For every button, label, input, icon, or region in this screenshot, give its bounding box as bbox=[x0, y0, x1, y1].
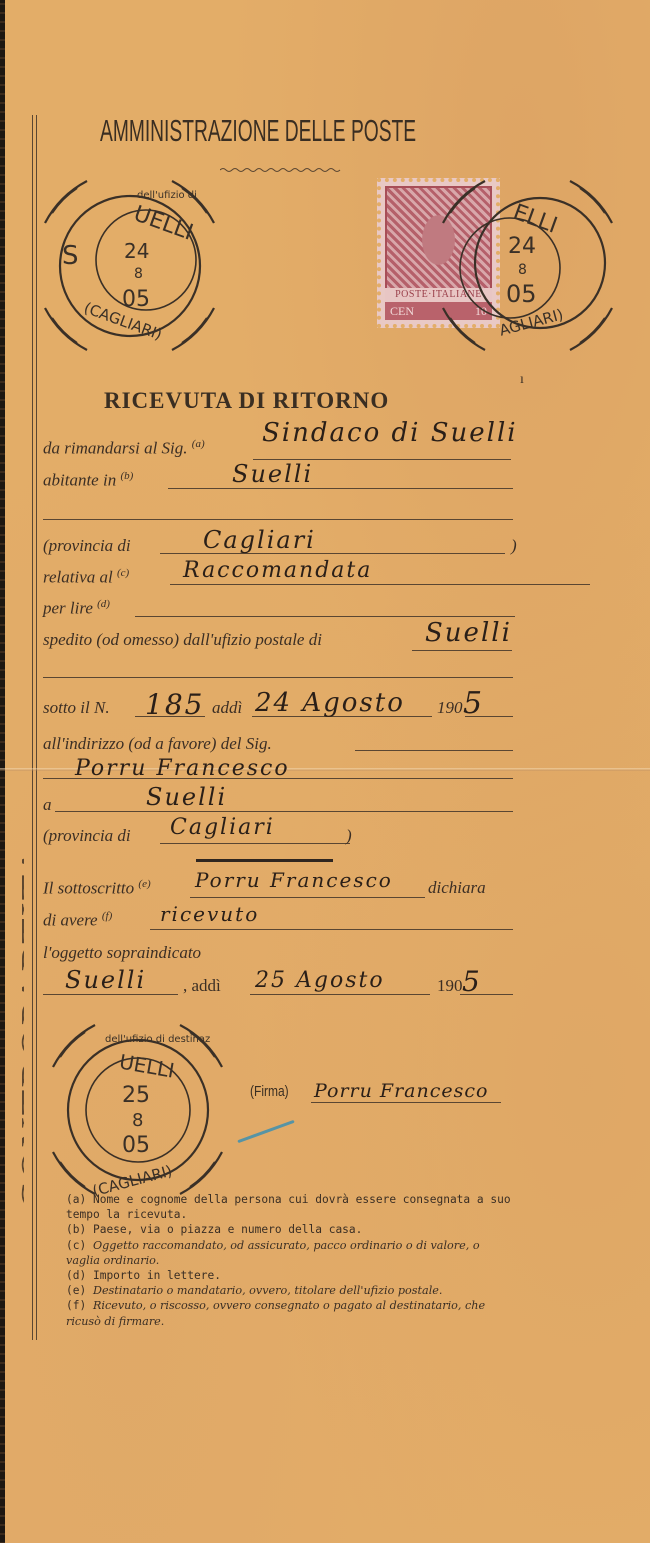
form-label: relativa al (c) bbox=[43, 567, 129, 588]
paren-close: ) bbox=[511, 536, 517, 556]
footnote-a: (a) Nome e cognome della persona cui dov… bbox=[40, 1192, 515, 1222]
svg-text:24: 24 bbox=[508, 234, 536, 259]
postmark-destination: UELLI 25 8 05 (CAGLIARI) dell'ufizio di … bbox=[50, 1022, 230, 1202]
form-label: (provincia di bbox=[43, 536, 131, 556]
form-label: l'oggetto sopraindicato bbox=[43, 943, 201, 963]
footnote-b: (b) Paese, via o piazza e numero della c… bbox=[40, 1222, 515, 1237]
svg-text:05: 05 bbox=[122, 287, 150, 312]
ink-mark: ı bbox=[520, 372, 524, 388]
field-line bbox=[412, 650, 512, 651]
field-province: Cagliari bbox=[203, 526, 316, 554]
postmark-cancel: ELLI 24 8 05 AGLIARI) bbox=[440, 178, 615, 353]
svg-text:25: 25 bbox=[122, 1083, 150, 1108]
paren-close: ) bbox=[346, 826, 352, 846]
svg-text:24: 24 bbox=[124, 239, 149, 263]
footnote-e: (e) Destinatario o mandatario, ovvero, t… bbox=[40, 1283, 515, 1298]
field-line bbox=[150, 929, 513, 930]
field-line bbox=[160, 843, 350, 844]
svg-text:8: 8 bbox=[132, 1110, 143, 1131]
header-title: AMMINISTRAZIONE DELLE POSTE bbox=[100, 113, 329, 149]
footnote-c: (c) Oggetto raccomandato, od assicurato,… bbox=[40, 1238, 515, 1268]
field-destination: Suelli bbox=[146, 783, 227, 811]
field-receipt-date: 25 Agosto bbox=[255, 968, 385, 993]
form-label: , addì bbox=[183, 976, 221, 996]
field-origin-office: Suelli bbox=[425, 618, 512, 648]
field-line bbox=[43, 677, 513, 678]
field-line bbox=[168, 488, 513, 489]
field-line bbox=[460, 994, 513, 995]
section-title: RICEVUTA DI RITORNO bbox=[104, 388, 389, 414]
margin-rule bbox=[36, 115, 37, 1340]
field-dest-province: Cagliari bbox=[170, 815, 275, 840]
field-line bbox=[135, 616, 515, 617]
footnote-d: (d) Importo in lettere. bbox=[40, 1268, 515, 1283]
signature-label: (Firma) bbox=[250, 1083, 289, 1100]
form-label: da rimandarsi al Sig. (a) bbox=[43, 438, 205, 459]
form-label: di avere (f) bbox=[43, 910, 112, 931]
form-label: sotto il N. bbox=[43, 698, 110, 718]
field-action: ricevuto bbox=[160, 902, 259, 926]
form-label: all'indirizzo (od a favore) del Sig. bbox=[43, 734, 272, 754]
form-label: a bbox=[43, 795, 52, 815]
field-residence: Suelli bbox=[232, 460, 313, 488]
form-label: spedito (od omesso) dall'ufizio postale … bbox=[43, 630, 322, 650]
svg-text:8: 8 bbox=[518, 262, 527, 278]
form-label: 190 bbox=[437, 976, 463, 996]
field-line bbox=[55, 811, 513, 812]
field-item-type: Raccomandata bbox=[183, 558, 372, 583]
field-date: 24 Agosto bbox=[255, 688, 405, 718]
svg-text:UELLI: UELLI bbox=[117, 1049, 176, 1082]
form-label: Il sottoscritto (e) bbox=[43, 878, 151, 899]
footnote-f: (f) Ricevuto, o riscosso, ovvero consegn… bbox=[40, 1298, 515, 1328]
section-divider bbox=[196, 859, 333, 862]
margin-rule bbox=[32, 115, 33, 1340]
svg-text:05: 05 bbox=[506, 280, 537, 308]
margin-counterfoil-text: CONTROPARTITA bbox=[2, 110, 24, 1210]
field-line bbox=[170, 584, 590, 585]
form-label: (provincia di bbox=[43, 826, 131, 846]
signature-value: Porru Francesco bbox=[314, 1080, 488, 1102]
field-line bbox=[43, 778, 513, 779]
postmark-departure: S UELLI 24 8 05 (CAGLIARI) dell'ufizio d… bbox=[42, 178, 217, 353]
field-place: Suelli bbox=[65, 966, 146, 994]
svg-text:dell'ufizio di destinaz: dell'ufizio di destinaz bbox=[105, 1034, 210, 1045]
wavy-ornament bbox=[220, 167, 345, 173]
stamp-cent: CEN bbox=[390, 302, 414, 320]
field-line bbox=[43, 519, 513, 520]
form-label: dichiara bbox=[428, 878, 486, 898]
footnotes: (a) Nome e cognome della persona cui dov… bbox=[40, 1192, 515, 1329]
field-line bbox=[250, 994, 430, 995]
form-label: 190 bbox=[437, 698, 463, 718]
field-line bbox=[43, 994, 178, 995]
form-label: addì bbox=[212, 698, 242, 718]
field-number: 185 bbox=[145, 688, 204, 721]
svg-text:05: 05 bbox=[122, 1133, 150, 1158]
signature-line bbox=[311, 1102, 501, 1103]
svg-text:dell'ufizio di: dell'ufizio di bbox=[137, 190, 197, 201]
field-line bbox=[355, 750, 513, 751]
svg-text:AGLIARI): AGLIARI) bbox=[497, 305, 565, 339]
field-recipient: Sindaco di Suelli bbox=[262, 418, 518, 448]
postmark-town: S bbox=[62, 241, 79, 271]
field-signer: Porru Francesco bbox=[195, 868, 393, 892]
field-line bbox=[190, 897, 425, 898]
form-label: abitante in (b) bbox=[43, 470, 133, 491]
svg-text:ELLI: ELLI bbox=[510, 200, 561, 239]
svg-text:8: 8 bbox=[134, 266, 143, 282]
field-line bbox=[465, 716, 513, 717]
form-label: per lire (d) bbox=[43, 598, 110, 619]
